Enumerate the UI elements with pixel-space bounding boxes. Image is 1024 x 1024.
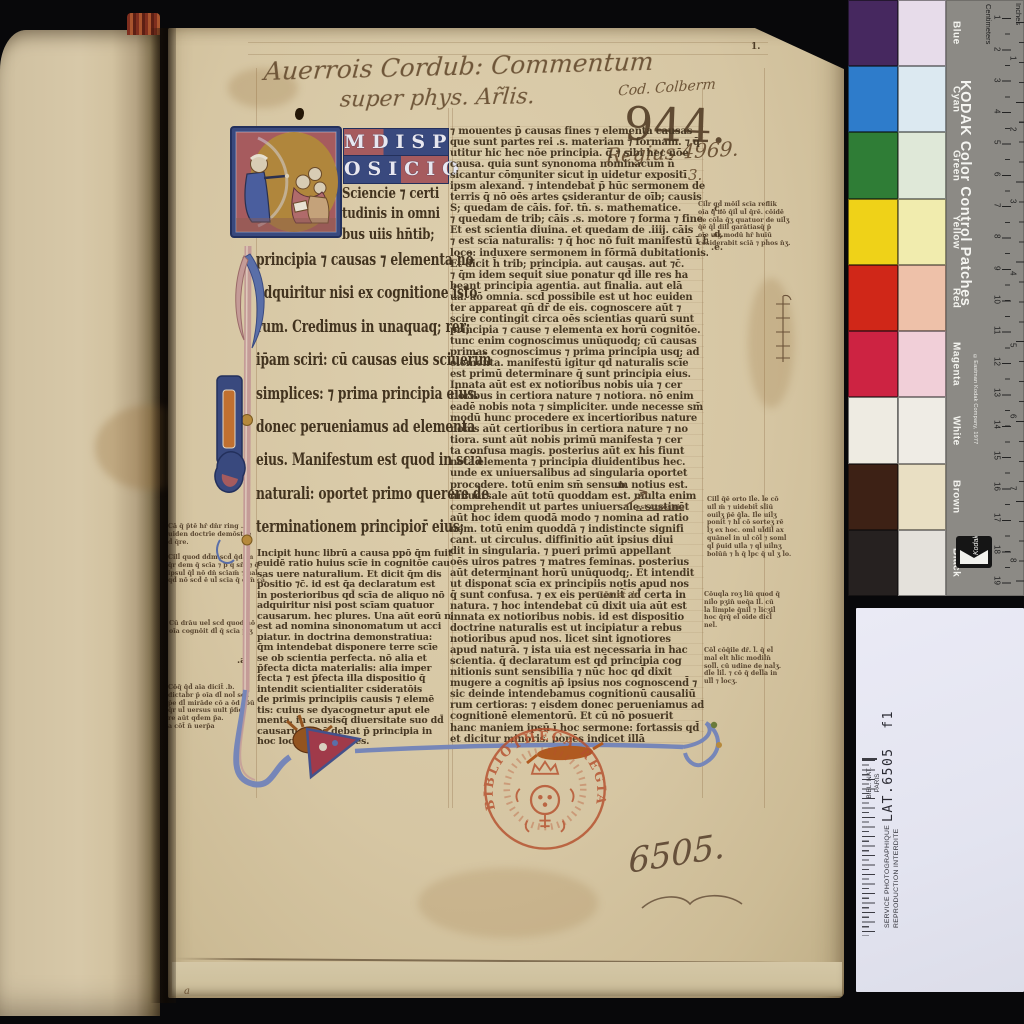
- ruling-line: [248, 42, 768, 43]
- cm-ruler-major-ticks: [1002, 18, 1011, 596]
- cm-number-cell: 3: [992, 65, 1002, 96]
- cm-number-cell: 11: [992, 315, 1002, 346]
- display-capitals-row1: MDISP: [344, 129, 448, 155]
- cm-number-cell: 12: [992, 346, 1002, 377]
- card-service-notice: SERVICE PHOTOGRAPHIQUE REPRODUCTION INTE…: [884, 808, 901, 928]
- right-gloss-1: Cil̄r qd̄ mōil̄ scīa refl̄ik oīa q̄ n…: [698, 201, 790, 248]
- display-capitals-row2: OSICIO: [344, 156, 448, 182]
- cm-number: 18: [993, 545, 1002, 554]
- card-bibl-nat-label: BIBL. NAT. PARIS: [866, 748, 881, 818]
- margin-note-comet: Cōmet̄ .b.: [596, 591, 640, 601]
- cm-number: 2: [993, 47, 1002, 51]
- incipit-side-lines: Sciencie ⁊ certi tudinis in omni bus uii…: [342, 183, 440, 244]
- cm-number: 5: [993, 140, 1002, 144]
- patch-color-swatch: [848, 464, 898, 530]
- ink-blot: [295, 108, 304, 120]
- cm-number: 16: [993, 482, 1002, 491]
- cm-number: 3: [993, 78, 1002, 82]
- ruling-line: [764, 68, 765, 808]
- kodak-patch-row: [848, 464, 946, 530]
- kodak-strip-title: KODAK Color Control Patches: [957, 80, 973, 360]
- card-service-line2: REPRODUCTION INTERDITE: [893, 829, 900, 929]
- patch-color-swatch: [848, 199, 898, 265]
- title-inscription-line1: Auerrois Cordub: Commentum: [263, 47, 655, 86]
- card-bibl-line2: PARIS: [874, 773, 881, 792]
- illuminated-initial-miniature: [230, 126, 342, 238]
- patch-color-swatch: [848, 0, 898, 66]
- cm-number: 8: [993, 234, 1002, 238]
- cm-number-cell: 2: [992, 33, 1002, 64]
- cm-number: 19: [993, 576, 1002, 585]
- patch-label-cell: Blue: [947, 0, 965, 66]
- cm-number-cell: 9: [992, 252, 1002, 283]
- patch-tint-swatch: [898, 132, 946, 198]
- svg-text:BIBLIOTHECA REGIA: BIBLIOTHECA REGIA: [481, 728, 610, 812]
- patch-color-swatch: [848, 132, 898, 198]
- kodak-logo-mark: Kodak: [956, 536, 992, 568]
- border-vine-ornament: [214, 240, 274, 710]
- cm-number: 15: [993, 451, 1002, 460]
- patch-tint-swatch: [898, 199, 946, 265]
- kodak-logo: Kodak: [956, 536, 992, 568]
- page-bottom-edge: [172, 962, 842, 996]
- cm-number: 4: [993, 109, 1002, 113]
- cm-number-cell: 10: [992, 283, 1002, 314]
- cm-number-cell: 13: [992, 377, 1002, 408]
- cm-number: 10: [993, 295, 1002, 304]
- patch-tint-swatch: [898, 66, 946, 132]
- inch-ruler-major-ticks: [1016, 22, 1024, 596]
- shelfmark-6505: 6505.: [628, 826, 725, 882]
- card-shelfmark-line: LAT.6505 f1: [881, 682, 896, 822]
- card-service-line1: SERVICE PHOTOGRAPHIQUE: [884, 825, 891, 928]
- patch-label-cell: Brown: [947, 464, 965, 530]
- folio-number: 1.: [751, 42, 760, 52]
- patch-tint-swatch: [898, 397, 946, 463]
- kodak-patch-row: [848, 331, 946, 397]
- kodak-patch-row: [848, 530, 946, 596]
- library-stamp: BIBLIOTHECA REGIA: [475, 713, 615, 859]
- facing-flyleaf: [0, 30, 160, 1016]
- title-inscription-line2: super phys. Ar̃lis.: [339, 84, 536, 112]
- cm-ruler-numbers: 12345678910111213141516171819: [992, 2, 1002, 596]
- book-gutter-shadow: [150, 28, 176, 1003]
- cm-number: 14: [993, 420, 1002, 429]
- photograph: Auerrois Cordub: Commentum super phys. A…: [0, 0, 1024, 1024]
- right-gloss-4: Cōl̄ cōq̄ile dr̄. l̄. q̄ el̄ mal̄ el̄t…: [704, 647, 781, 686]
- cm-number-cell: 1: [992, 2, 1002, 33]
- margin-doodle-arrow: [623, 486, 653, 508]
- patch-label: Brown: [951, 480, 962, 514]
- cm-number-cell: 19: [992, 565, 1002, 596]
- cm-number-cell: 18: [992, 534, 1002, 565]
- cm-number-cell: 15: [992, 440, 1002, 471]
- cm-number-cell: 5: [992, 127, 1002, 158]
- cm-number-cell: 16: [992, 471, 1002, 502]
- patch-color-swatch: [848, 331, 898, 397]
- cm-number: 1: [993, 15, 1002, 19]
- display-capitals-row1-panel: MDISP: [343, 128, 449, 157]
- patch-color-swatch: [848, 66, 898, 132]
- manuscript-page: Auerrois Cordub: Commentum super phys. A…: [168, 28, 844, 998]
- patch-label-cell: White: [947, 397, 965, 463]
- cm-number-cell: 6: [992, 158, 1002, 189]
- display-capitals-row2-panel: OSICIO: [343, 155, 449, 184]
- patch-tint-swatch: [898, 0, 946, 66]
- kodak-patch-row: [848, 132, 946, 198]
- kodak-color-patches: [848, 0, 946, 596]
- kodak-patch-row: [848, 199, 946, 265]
- patch-label: White: [951, 416, 962, 446]
- patch-tint-swatch: [898, 265, 946, 331]
- right-gloss-3: Cōuql̄a roʒ l̄iū quod q̄ nil̄o pʒin̄ u…: [704, 591, 780, 630]
- card-bibl-line1: BIBL. NAT.: [866, 767, 873, 798]
- cm-number-cell: 17: [992, 502, 1002, 533]
- cm-number-cell: 8: [992, 221, 1002, 252]
- kodak-patch-row: [848, 265, 946, 331]
- patch-color-swatch: [848, 265, 898, 331]
- svg-text:Kodak: Kodak: [973, 536, 980, 555]
- margin-ladder-doodle: [772, 294, 794, 366]
- right-column-commentary: ⁊ mouentes p̄ causas fines ⁊ elementa ca…: [450, 126, 708, 745]
- shelfmark-flourish: [638, 890, 748, 916]
- cm-number: 11: [993, 326, 1002, 334]
- cm-number-cell: 7: [992, 190, 1002, 221]
- patch-tint-swatch: [898, 464, 946, 530]
- cm-number: 7: [993, 203, 1002, 207]
- patch-color-swatch: [848, 530, 898, 596]
- right-gloss-2: Cill̄ q̄ē orto ll̄e. l̄e cō ull̄ m̄ ⁊ …: [707, 496, 791, 558]
- cm-number: 17: [993, 513, 1002, 522]
- patch-tint-swatch: [898, 530, 946, 596]
- cm-number-cell: 14: [992, 408, 1002, 439]
- patch-tint-swatch: [898, 331, 946, 397]
- patch-color-swatch: [848, 397, 898, 463]
- quire-signature: a: [184, 986, 190, 997]
- patch-label: Blue: [951, 21, 962, 45]
- cm-number: 9: [993, 266, 1002, 270]
- kodak-patch-row: [848, 397, 946, 463]
- card-folio-ref: f1: [881, 710, 896, 729]
- cm-number: 6: [993, 172, 1002, 176]
- kodak-patch-row: [848, 0, 946, 66]
- cm-number: 12: [993, 357, 1002, 366]
- cm-number: 13: [993, 388, 1002, 397]
- page-stain: [418, 868, 598, 938]
- kodak-patch-row: [848, 66, 946, 132]
- kodak-copyright: ©Eastman Kodak Company, 1977: [972, 354, 978, 494]
- cm-number-cell: 4: [992, 96, 1002, 127]
